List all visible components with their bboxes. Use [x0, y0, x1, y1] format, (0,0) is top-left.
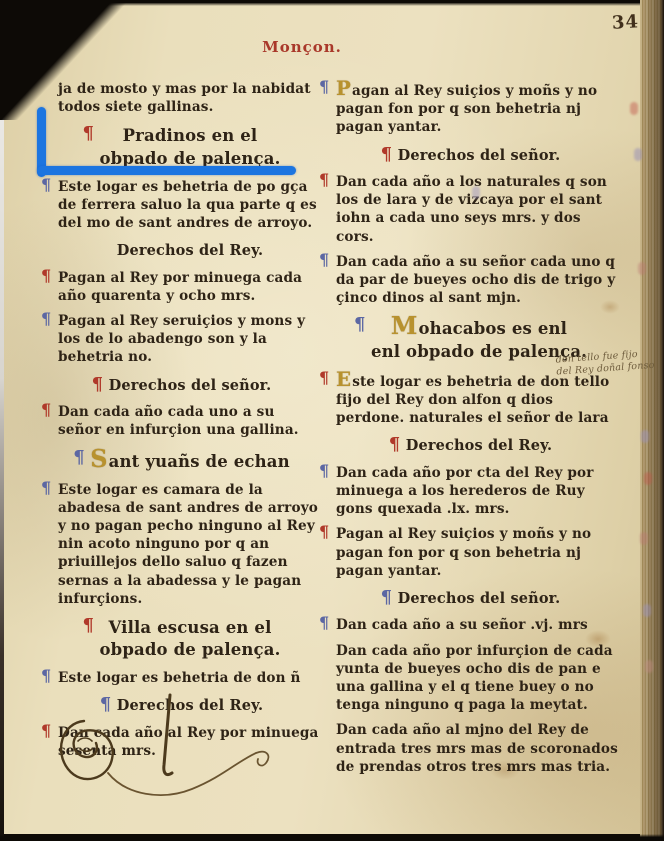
illuminated-initial: M	[391, 312, 419, 340]
heading-line: Derechos del señor.	[398, 589, 561, 608]
bleed-through-mark	[472, 186, 480, 199]
manuscript-paragraph: ¶Dan cada año a los naturales q son los …	[336, 173, 622, 246]
paragraph-text: Dan cada año a su señor .vj. mrs	[336, 617, 588, 633]
pilcrow-red-icon: ¶	[319, 172, 329, 188]
text-column-right: ¶Pagan al Rey suiçios y moñs y no pagan …	[336, 80, 622, 783]
pilcrow-red-icon: ¶	[41, 268, 51, 284]
heading-line: Pradinos en el	[99, 125, 280, 147]
heading-line: Villa escusa en el	[99, 617, 280, 639]
running-title: Monçon.	[0, 38, 664, 56]
pilcrow-red-icon: ¶	[82, 125, 94, 143]
manuscript-photo: Monçon. 34 ja de mosto y mas por la nabi…	[0, 0, 664, 841]
manuscript-paragraph: ¶Pagan al Rey seruiçios y mons y los de …	[58, 312, 322, 367]
bleed-through-mark	[644, 472, 652, 485]
paragraph-text: Pagan al Rey seruiçios y mons y los de l…	[58, 313, 305, 365]
manuscript-paragraph: ¶Este logar es behetria de don ñ	[58, 669, 322, 687]
pilcrow-blue-icon: ¶	[319, 79, 329, 95]
manuscript-paragraph: ¶Pagan al Rey suiçios y moñs y no pagan …	[336, 80, 622, 137]
paragraph-text: Pagan al Rey suiçios y moñs y no pagan f…	[336, 83, 597, 135]
heading-line: obpado de palença.	[99, 639, 280, 661]
pilcrow-red-icon: ¶	[82, 617, 94, 635]
pilcrow-blue-icon: ¶	[41, 480, 51, 496]
section-heading: Derechos del Rey.	[58, 241, 322, 260]
heading-line: Derechos del Rey.	[406, 436, 552, 455]
pilcrow-blue-icon: ¶	[319, 615, 329, 631]
manuscript-paragraph: ja de mosto y mas por la nabidat todos s…	[58, 80, 322, 116]
bleed-through-mark	[634, 148, 642, 161]
pilcrow-red-icon: ¶	[92, 376, 104, 394]
bleed-through-mark	[643, 604, 651, 617]
heading-line: Derechos del Rey.	[117, 241, 263, 260]
heading-line: Mohacabos es enl	[371, 316, 587, 340]
paragraph-text: Pagan al Rey suiçios y moñs y no pagan f…	[336, 526, 591, 578]
bleed-through-mark	[638, 262, 646, 275]
manuscript-paragraph: ¶Este logar es behetria de don tello fij…	[336, 371, 622, 428]
section-heading: ¶Derechos del señor.	[336, 589, 622, 608]
book-fore-edge	[640, 0, 664, 841]
text-column-left: ja de mosto y mas por la nabidat todos s…	[58, 80, 322, 767]
paragraph-text: Dan cada año al mjno del Rey de entrada …	[336, 722, 618, 774]
scribal-flourish-doodle	[42, 693, 302, 813]
paragraph-text: Pagan al Rey por minuega cada año quaren…	[58, 270, 302, 304]
paragraph-text: Dan cada año a su señor cada uno q da pa…	[336, 254, 615, 306]
section-heading: ¶Derechos del Rey.	[336, 436, 622, 455]
pilcrow-blue-icon: ¶	[319, 252, 329, 268]
illuminated-initial: P	[336, 76, 352, 100]
pilcrow-blue-icon: ¶	[354, 316, 366, 334]
manuscript-paragraph: ¶Este logar es camara de la abadesa de s…	[58, 481, 322, 608]
manuscript-paragraph: ¶Dan cada año a su señor .vj. mrs	[336, 616, 622, 634]
manuscript-paragraph: ¶Este logar es behetria de po gça de fer…	[58, 178, 322, 233]
manuscript-paragraph: Dan cada año al mjno del Rey de entrada …	[336, 721, 622, 776]
paragraph-text: Este logar es behetria de don ñ	[58, 670, 301, 686]
heading-line: Derechos del señor.	[109, 376, 272, 395]
paragraph-text: Dan cada año por infurçion de cada yunta…	[336, 643, 613, 714]
paragraph-text: ja de mosto y mas por la nabidat todos s…	[58, 81, 311, 115]
paragraph-text: Dan cada año por cta del Rey por minuega…	[336, 465, 594, 517]
pilcrow-blue-icon: ¶	[381, 589, 393, 607]
bleed-through-mark	[640, 532, 648, 545]
heading-line: Sant yuañs de echan	[90, 449, 290, 473]
paragraph-text: Este logar es behetria de don tello fijo…	[336, 374, 609, 426]
manuscript-paragraph: ¶Pagan al Rey por minuega cada año quare…	[58, 269, 322, 305]
pilcrow-red-icon: ¶	[319, 370, 329, 386]
bleed-through-mark	[641, 430, 649, 443]
paragraph-text: Este logar es camara de la abadesa de sa…	[58, 482, 318, 607]
pilcrow-red-icon: ¶	[319, 524, 329, 540]
folio-number: 34	[611, 11, 639, 33]
section-heading: ¶Sant yuañs de echan	[58, 449, 322, 473]
illuminated-initial: S	[90, 445, 108, 473]
manuscript-paragraph: ¶Dan cada año cada uno a su señor en inf…	[58, 403, 322, 439]
pilcrow-red-icon: ¶	[389, 436, 401, 454]
pilcrow-blue-icon: ¶	[41, 668, 51, 684]
bleed-through-mark	[630, 102, 638, 115]
manuscript-paragraph: ¶Dan cada año a su señor cada uno q da p…	[336, 253, 622, 308]
pilcrow-blue-icon: ¶	[41, 311, 51, 327]
section-heading: ¶Villa escusa en elobpado de palença.	[58, 617, 322, 661]
bleed-through-mark	[645, 660, 653, 673]
section-heading: ¶Derechos del señor.	[336, 146, 622, 165]
heading-line: Derechos del señor.	[398, 146, 561, 165]
paragraph-text: Este logar es behetria de po gça de ferr…	[58, 179, 317, 231]
section-heading: ¶Derechos del señor.	[58, 376, 322, 395]
pilcrow-blue-icon: ¶	[41, 177, 51, 193]
manuscript-paragraph: ¶Dan cada año por cta del Rey por minueg…	[336, 464, 622, 519]
section-heading: ¶Pradinos en elobpado de palença.	[58, 125, 322, 169]
pilcrow-red-icon: ¶	[41, 402, 51, 418]
highlight-bracket-horizontal	[37, 166, 296, 175]
pilcrow-red-icon: ¶	[381, 146, 393, 164]
pilcrow-blue-icon: ¶	[319, 463, 329, 479]
paragraph-text: Dan cada año cada uno a su señor en infu…	[58, 404, 299, 438]
bottom-edge-shadow	[0, 834, 664, 841]
scan-edge	[0, 0, 4, 841]
top-edge-shadow	[100, 0, 664, 6]
pilcrow-blue-icon: ¶	[73, 449, 85, 467]
illuminated-initial: E	[336, 367, 352, 391]
paragraph-text: Dan cada año a los naturales q son los d…	[336, 174, 607, 245]
manuscript-paragraph: Dan cada año por infurçion de cada yunta…	[336, 642, 622, 715]
manuscript-paragraph: ¶Pagan al Rey suiçios y moñs y no pagan …	[336, 525, 622, 580]
